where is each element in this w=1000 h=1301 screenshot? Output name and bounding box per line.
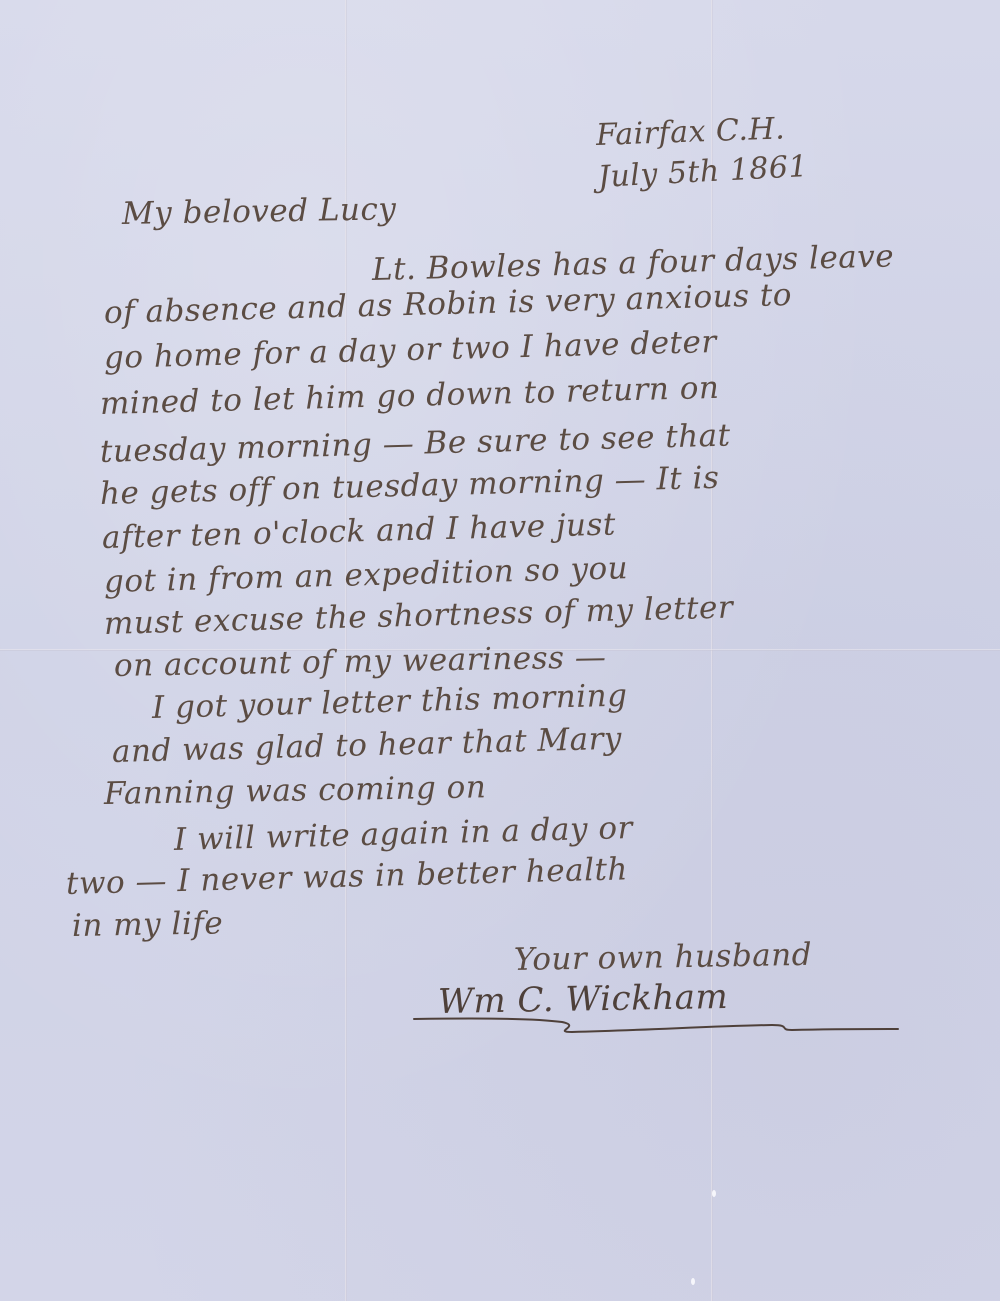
body-line-15: two — I never was in better health bbox=[66, 851, 629, 902]
closing: Your own husband bbox=[514, 937, 813, 978]
body-line-4: mined to let him go down to return on bbox=[100, 370, 720, 422]
paper-blemish bbox=[691, 1278, 695, 1285]
body-line-8: got in from an expedition so you bbox=[104, 550, 629, 600]
salutation: My beloved Lucy bbox=[122, 191, 397, 232]
heading-date: July 5th 1861 bbox=[597, 149, 809, 195]
paper-blemish bbox=[712, 1190, 716, 1197]
body-line-7: after ten o'clock and I have just bbox=[102, 507, 617, 556]
body-line-11: I got your letter this morning bbox=[152, 678, 628, 726]
body-line-10: on account of my weariness — bbox=[114, 639, 607, 684]
body-line-6: he gets off on tuesday morning — It is bbox=[100, 460, 720, 512]
body-line-2: of absence and as Robin is very anxious … bbox=[104, 277, 793, 331]
signature-flourish-underline bbox=[412, 1010, 900, 1040]
heading-place: Fairfax C.H. bbox=[595, 111, 785, 153]
body-line-3: go home for a day or two I have deter bbox=[104, 324, 718, 376]
body-line-13: Fanning was coming on bbox=[104, 769, 487, 812]
body-line-16: in my life bbox=[72, 905, 224, 944]
body-line-12: and was glad to hear that Mary bbox=[112, 721, 623, 770]
body-line-14: I will write again in a day or bbox=[174, 810, 634, 858]
letter-page: Fairfax C.H. July 5th 1861 My beloved Lu… bbox=[0, 0, 1000, 1301]
